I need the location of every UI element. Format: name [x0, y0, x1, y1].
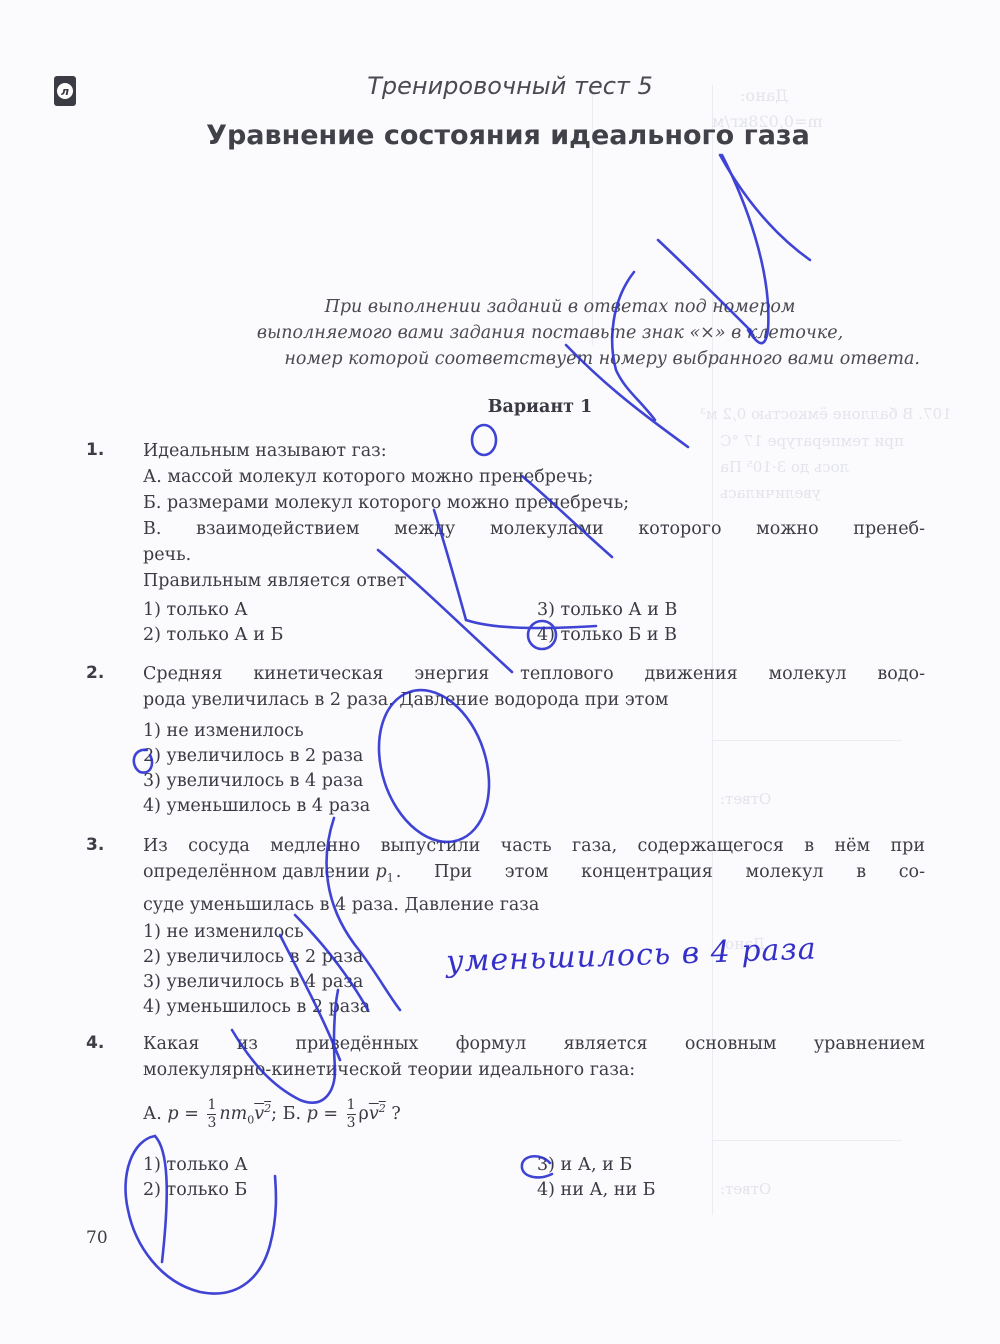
test-subtitle: Тренировочный тест 5 — [0, 72, 1000, 100]
answer-option-2[interactable]: 2) увеличилось в 2 раза — [143, 744, 363, 769]
question-line-part: . При этом концентрация молекул в со- — [394, 859, 925, 892]
question-line-part: определённом давлении — [143, 862, 370, 882]
fraction: 13 — [207, 1097, 216, 1132]
question-line: Правильным является ответ — [143, 568, 925, 594]
question-text: Из сосуда медленно выпустили часть газа,… — [143, 833, 925, 918]
answer-option-3[interactable]: 3) только А и В — [537, 598, 677, 623]
question-number: 3. — [86, 835, 104, 855]
question-line: суде уменьшилась в 4 раза. Давление газа — [143, 892, 925, 918]
answer-option-4[interactable]: 4) только Б и В — [537, 623, 677, 648]
formula-equals: = — [184, 1104, 199, 1124]
question-line: рода увеличилась в 2 раза. Давление водо… — [143, 687, 925, 713]
question-number: 4. — [86, 1033, 104, 1053]
answer-option-4[interactable]: 4) уменьшилось в 4 раза — [143, 794, 370, 819]
question-line: В. взаимодействием между молекулами кото… — [143, 516, 925, 542]
formula-velocity: v2 — [369, 1104, 386, 1124]
formula-symbol: p — [307, 1104, 318, 1124]
pen-stroke — [720, 155, 810, 260]
formula-b-label: ; Б. — [271, 1104, 301, 1124]
answer-option-1[interactable]: 1) не изменилось — [143, 920, 304, 945]
page-number: 70 — [86, 1228, 108, 1248]
answer-option-3[interactable]: 3) и А, и Б — [537, 1153, 632, 1178]
pressure-subscript: 1 — [387, 872, 394, 885]
instructions-line: выполняемого вами задания поставьте знак… — [140, 320, 920, 346]
instructions: При выполнении заданий в ответах под ном… — [140, 294, 920, 372]
fraction-numerator: 1 — [347, 1097, 356, 1115]
question-line: Средняя кинетическая энергия теплового д… — [143, 661, 925, 687]
answer-option-2[interactable]: 2) только Б — [143, 1178, 247, 1203]
question-line: Из сосуда медленно выпустили часть газа,… — [143, 833, 925, 859]
question-number: 1. — [86, 440, 104, 460]
velocity-symbol: v — [369, 1104, 379, 1124]
workbook-page: Дано: m=0,028кг/м 107. В баллоне ёмкость… — [0, 0, 1000, 1344]
formula-velocity: v2 — [254, 1104, 271, 1124]
answer-option-2[interactable]: 2) увеличилось в 2 раза — [143, 945, 363, 970]
question-line: определённом давлении p1 . При этом конц… — [143, 859, 925, 892]
question-line: Б. размерами молекул которого можно прен… — [143, 490, 925, 516]
answer-option-1[interactable]: 1) не изменилось — [143, 719, 304, 744]
fraction: 13 — [347, 1097, 356, 1132]
page-title: Уравнение состояния идеального газа — [0, 120, 1000, 151]
formula-symbol: p — [167, 1104, 178, 1124]
question-text: Средняя кинетическая энергия теплового д… — [143, 661, 925, 713]
question-line: А. массой молекул которого можно пренебр… — [143, 464, 925, 490]
formula-line: А. p = 13nm0v2; Б. p = 13ρv2 ? — [143, 1097, 401, 1132]
formula-a-label: А. — [143, 1104, 162, 1124]
question-line: речь. — [143, 542, 925, 568]
formula-question-mark: ? — [391, 1104, 400, 1124]
fraction-denominator: 3 — [207, 1115, 216, 1132]
question-text: Идеальным называют газ: А. массой молеку… — [143, 438, 925, 594]
fraction-numerator: 1 — [207, 1097, 216, 1115]
answer-option-3[interactable]: 3) увеличилось в 4 раза — [143, 970, 363, 995]
answer-option-2[interactable]: 2) только А и Б — [143, 623, 283, 648]
question-line: молекулярно-кинетической теории идеально… — [143, 1057, 925, 1083]
answer-option-1[interactable]: 1) только А — [143, 598, 248, 623]
question-text: Какая из приведённых формул является осн… — [143, 1031, 925, 1083]
instructions-line: При выполнении заданий в ответах под ном… — [140, 294, 920, 320]
answer-option-4[interactable]: 4) уменьшилось в 2 раза — [143, 995, 370, 1020]
variant-heading: Вариант 1 — [0, 397, 1000, 417]
question-number: 2. — [86, 663, 104, 683]
instructions-line: номер которой соответствует номеру выбра… — [140, 346, 920, 372]
fraction-denominator: 3 — [347, 1115, 356, 1132]
answer-option-4[interactable]: 4) ни А, ни Б — [537, 1178, 656, 1203]
formula-equals: = — [323, 1104, 338, 1124]
velocity-exponent: 2 — [379, 1102, 386, 1115]
answer-option-1[interactable]: 1) только А — [143, 1153, 248, 1178]
handwritten-answer: уменьшилось в 4 раза — [446, 932, 818, 980]
formula-term: nm — [219, 1104, 247, 1124]
question-line: Какая из приведённых формул является осн… — [143, 1031, 925, 1057]
velocity-symbol: v — [254, 1104, 264, 1124]
pressure-symbol: p — [376, 862, 387, 882]
formula-density: ρ — [359, 1104, 369, 1124]
answer-option-3[interactable]: 3) увеличилось в 4 раза — [143, 769, 363, 794]
question-line: Идеальным называют газ: — [143, 438, 925, 464]
